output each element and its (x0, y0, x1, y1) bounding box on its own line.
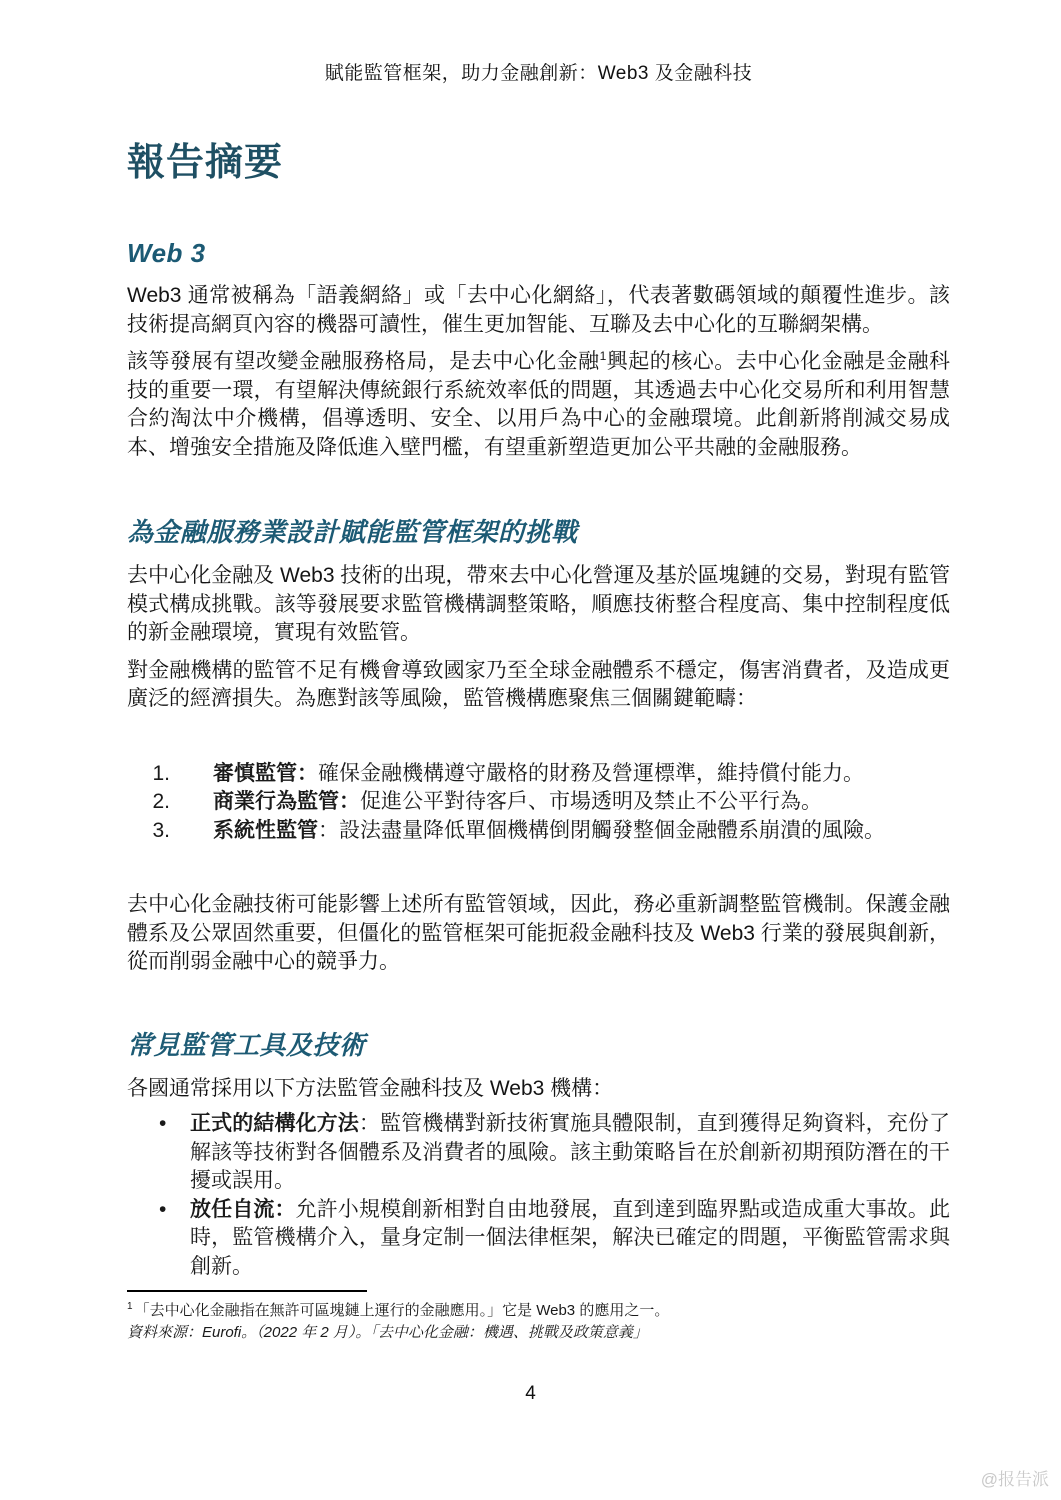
footnote-block: 1「去中心化金融指在無許可區塊鏈上運行的金融應用。」它是 Web3 的應用之一。… (127, 1290, 950, 1344)
list-item-body: 允許小規模創新相對自由地發展，直到達到臨界點或造成重大事故。此時，監管機構介入，… (190, 1198, 950, 1278)
list-item: 2. 商業行為監管：促進公平對待客戶、市場透明及禁止不公平行為。 (127, 788, 950, 817)
list-item-label: 審慎監管： (213, 762, 318, 785)
footnote-body: 「去中心化金融指在無許可區塊鏈上運行的金融應用。」它是 Web3 的應用之一。 (135, 1302, 670, 1319)
watermark: @报告派 (981, 1465, 1049, 1490)
section-web3: Web 3 Web3 通常被稱為「語義網絡」或「去中心化網絡」，代表著數碼領域的… (127, 238, 950, 462)
paragraph: 各國通常採用以下方法監管金融科技及 Web3 機構： (127, 1075, 950, 1104)
list-item-label: 商業行為監管： (213, 790, 360, 813)
paragraph-text: 該等發展有望改變金融服務格局，是去中心化金融 (127, 350, 600, 373)
regulation-focus-list: 1. 審慎監管：確保金融機構遵守嚴格的財務及營運標準，維持償付能力。 2. 商業… (127, 760, 950, 846)
list-item-body: 確保金融機構遵守嚴格的財務及營運標準，維持償付能力。 (318, 762, 864, 785)
footnote-mark: 1 (127, 1301, 133, 1312)
list-item-text: 系統性監管：設法盡量降低單個機構倒閉觸發整個金融體系崩潰的風險。 (213, 817, 950, 846)
page-title: 報告摘要 (127, 131, 950, 186)
list-item-body: 促進公平對待客戶、市場透明及禁止不公平行為。 (360, 790, 822, 813)
section-challenges: 為金融服務業設計賦能監管框架的挑戰 去中心化金融及 Web3 技術的出現，帶來去… (127, 512, 950, 977)
list-item-number: 3. (127, 817, 170, 846)
paragraph: 對金融機構的監管不足有機會導致國家乃至全球金融體系不穩定，傷害消費者，及造成更廣… (127, 657, 950, 714)
document-page: 賦能監管框架，助力金融創新：Web3 及金融科技 報告摘要 Web 3 Web3… (0, 0, 1061, 1500)
list-item-number: 2. (127, 788, 170, 817)
list-item-label: 系統性監管 (213, 819, 318, 842)
regulation-methods-list: • 正式的結構化方法：監管機構對新技術實施具體限制，直到獲得足夠資料，充份了解該… (127, 1110, 950, 1281)
section-tools: 常見監管工具及技術 各國通常採用以下方法監管金融科技及 Web3 機構： • 正… (127, 1025, 950, 1282)
list-item: • 放任自流：允許小規模創新相對自由地發展，直到達到臨界點或造成重大事故。此時，… (127, 1196, 950, 1282)
list-item-label: 正式的結構化方法 (190, 1112, 359, 1135)
page-number: 4 (0, 1383, 1061, 1405)
bullet-icon: • (159, 1110, 166, 1139)
running-header: 賦能監管框架，助力金融創新：Web3 及金融科技 (127, 58, 950, 85)
section-heading-tools: 常見監管工具及技術 (127, 1025, 950, 1062)
list-item: 1. 審慎監管：確保金融機構遵守嚴格的財務及營運標準，維持償付能力。 (127, 760, 950, 789)
paragraph: 去中心化金融及 Web3 技術的出現，帶來去中心化營運及基於區塊鏈的交易，對現有… (127, 562, 950, 648)
list-item: 3. 系統性監管：設法盡量降低單個機構倒閉觸發整個金融體系崩潰的風險。 (127, 817, 950, 846)
footnote-text: 1「去中心化金融指在無許可區塊鏈上運行的金融應用。」它是 Web3 的應用之一。 (127, 1300, 950, 1322)
bullet-icon: • (159, 1196, 166, 1225)
footnote-source: 資料來源：Eurofi。（2022 年 2 月）。「去中心化金融：機遇、挑戰及政… (127, 1322, 950, 1344)
list-item-body: ：設法盡量降低單個機構倒閉觸發整個金融體系崩潰的風險。 (318, 819, 885, 842)
list-item-label: 放任自流： (190, 1198, 296, 1221)
section-heading-web3: Web 3 (127, 238, 950, 269)
list-item-text: 審慎監管：確保金融機構遵守嚴格的財務及營運標準，維持償付能力。 (213, 760, 950, 789)
paragraph: Web3 通常被稱為「語義網絡」或「去中心化網絡」，代表著數碼領域的顛覆性進步。… (127, 282, 950, 339)
paragraph: 去中心化金融技術可能影響上述所有監管領域，因此，務必重新調整監管機制。保護金融體… (127, 891, 950, 977)
list-item-text: 商業行為監管：促進公平對待客戶、市場透明及禁止不公平行為。 (213, 788, 950, 817)
section-heading-challenges: 為金融服務業設計賦能監管框架的挑戰 (127, 512, 950, 549)
list-item: • 正式的結構化方法：監管機構對新技術實施具體限制，直到獲得足夠資料，充份了解該… (127, 1110, 950, 1196)
paragraph: 該等發展有望改變金融服務格局，是去中心化金融1興起的核心。去中心化金融是金融科技… (127, 348, 950, 462)
list-item-number: 1. (127, 760, 170, 789)
footnote-divider (127, 1290, 367, 1292)
